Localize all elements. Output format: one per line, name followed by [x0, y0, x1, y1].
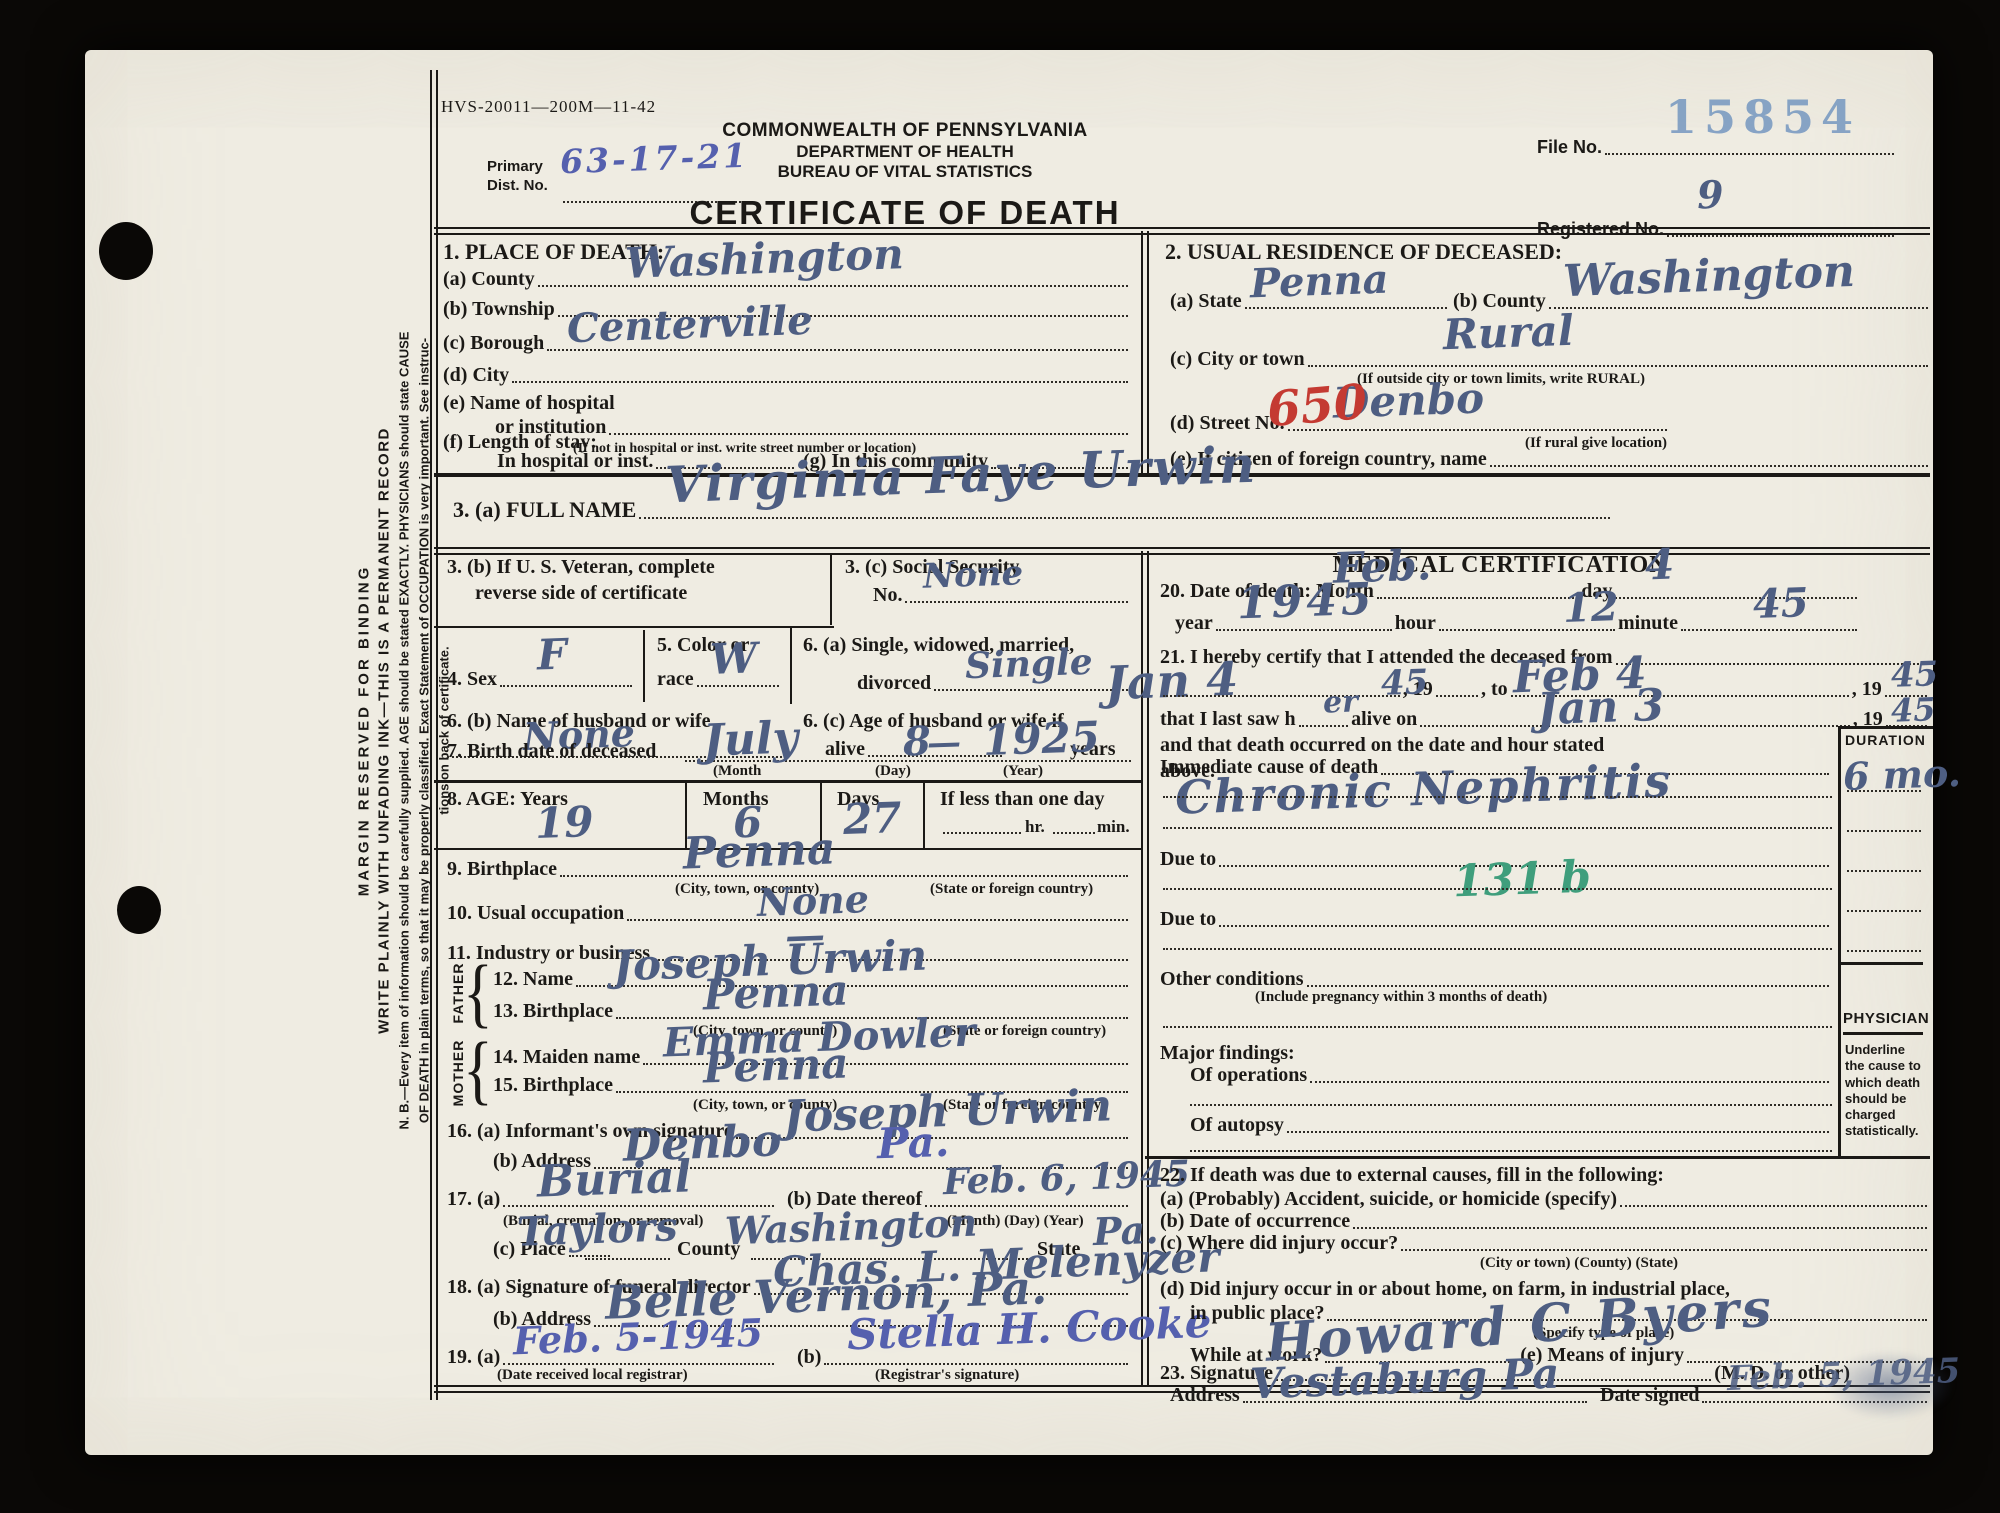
- where-injury-label: (c) Where did injury occur?: [1160, 1232, 1398, 1254]
- autopsy-row: Of autopsy: [1190, 1114, 1832, 1136]
- dod-hour-value: 12: [1562, 587, 1619, 629]
- pod-stay-inst-label: In hospital or inst.: [497, 450, 653, 472]
- registrar-b-label: (b): [797, 1346, 821, 1368]
- other-row: Other conditions: [1160, 968, 1832, 990]
- dod-day-value: 4: [1644, 544, 1675, 587]
- res-state-value: Penna: [1249, 260, 1389, 305]
- informant-addr-state: Pa.: [876, 1121, 950, 1165]
- veteran-label-2: reverse side of certificate: [475, 582, 687, 604]
- file-no-label: File No.: [1537, 138, 1602, 158]
- duration-line-5: [1847, 948, 1921, 952]
- min-label: min.: [1097, 818, 1130, 837]
- cap-month: (Month: [713, 764, 761, 779]
- certificate-title: CERTIFICATE OF DEATH: [645, 194, 1165, 232]
- pod-city-row: (d) City: [443, 364, 1131, 386]
- registered-no-row: Registered No.: [1537, 220, 1897, 240]
- where-injury-caption: (City or town) (County) (State): [1480, 1256, 1678, 1271]
- lastsaw-er-value: er: [1322, 687, 1358, 718]
- due2-label: Due to: [1160, 908, 1216, 930]
- dotted-line: [1681, 627, 1857, 631]
- physician-note: Underline the cause to which death shoul…: [1845, 1042, 1925, 1140]
- physician-address-label: Address: [1170, 1384, 1240, 1406]
- occupation-label: 10. Usual occupation: [447, 902, 624, 924]
- to-label: , to: [1481, 678, 1508, 700]
- hole-punch-top: [99, 222, 153, 280]
- duration-line-4: [1847, 908, 1921, 912]
- other-caption: (Include pregnancy within 3 months of de…: [1255, 990, 1547, 1005]
- dotted-line: [627, 917, 1128, 921]
- yr19-b-label: , 19: [1852, 678, 1882, 700]
- primary-dist-label: Primary Dist. No.: [487, 158, 548, 196]
- dotted-line: [697, 683, 779, 687]
- attended-from-year: 45: [1380, 665, 1428, 701]
- agency-line-1: COMMONWEALTH OF PENNSYLVANIA: [645, 120, 1165, 142]
- mother-brace: {: [463, 1026, 493, 1115]
- age-table-top-rule: [434, 780, 1141, 783]
- dod-minute-value: 45: [1752, 583, 1809, 625]
- dotted-line: [512, 379, 1128, 383]
- paper-sheet: MARGIN RESERVED FOR BINDING WRITE PLAINL…: [85, 50, 1933, 1455]
- registrar-caption: (Registrar's signature): [875, 1368, 1019, 1383]
- burial-place-value: Taylors: [516, 1207, 678, 1253]
- where-injury-row: (c) Where did injury occur?: [1160, 1232, 1930, 1254]
- agency-line-2: DEPARTMENT OF HEALTH: [645, 142, 1165, 162]
- dotted-line: [1490, 463, 1928, 467]
- accident-label: (a) (Probably) Accident, suicide, or hom…: [1160, 1188, 1617, 1210]
- dotted-line: [824, 1361, 1128, 1365]
- duration-line-3: [1847, 868, 1921, 872]
- dotted-line: [1308, 363, 1928, 367]
- ink-smudge: [1825, 1350, 1955, 1420]
- green-code-value: 131 b: [1452, 856, 1591, 905]
- dotted-line: [1377, 595, 1578, 599]
- autopsy-label: Of autopsy: [1190, 1114, 1284, 1136]
- pod-borough-value: Centerville: [566, 301, 813, 350]
- birthplace-cap-state: (State or foreign country): [930, 882, 1093, 897]
- dotted-line: [639, 515, 1610, 519]
- veteran-row-rule: [434, 626, 834, 628]
- sex-label: 4. Sex: [447, 668, 497, 690]
- burial-value: Burial: [536, 1155, 692, 1204]
- physician-label: PHYSICIAN: [1843, 1010, 1929, 1027]
- autopsy-line: [1190, 1148, 1832, 1152]
- minute-label: minute: [1618, 612, 1678, 634]
- burial-label: 17. (a): [447, 1188, 500, 1210]
- hr-line: [943, 810, 1021, 834]
- due1-label: Due to: [1160, 848, 1216, 870]
- birthplace-value: Penna: [682, 827, 836, 876]
- dotted-line: [1401, 1247, 1927, 1251]
- birth-month-value: July: [702, 716, 799, 763]
- lastsaw-date-value: Jan 3: [1536, 684, 1665, 732]
- dotted-line: [1163, 693, 1400, 697]
- dotted-line: [609, 431, 1128, 435]
- dotted-line: [1219, 923, 1829, 927]
- duration-bottom-rule: [1841, 962, 1923, 965]
- sex-value: F: [536, 633, 567, 676]
- hr-label: hr.: [1025, 818, 1045, 837]
- lastsaw-label-1: that I last saw h: [1160, 708, 1296, 730]
- father-bp-value: Penna: [702, 969, 849, 1016]
- dotted-line: [905, 599, 1128, 603]
- lastsaw-label-2: alive on: [1351, 708, 1417, 730]
- received-label: 19. (a): [447, 1346, 500, 1368]
- scanned-death-certificate: MARGIN RESERVED FOR BINDING WRITE PLAINL…: [0, 0, 2000, 1513]
- dotted-line: [1287, 1129, 1829, 1133]
- pod-hospital-label-1: (e) Name of hospital: [443, 392, 615, 414]
- duration-line-2: [1847, 828, 1921, 832]
- dotted-line: [1436, 693, 1478, 697]
- veteran-ssn-divider: [830, 553, 832, 625]
- full-name-row: 3. (a) FULL NAME: [453, 498, 1613, 522]
- agency-line-3: BUREAU OF VITAL STATISTICS: [645, 162, 1165, 182]
- marital-value: Single: [964, 644, 1093, 684]
- res-county-value: Washington: [1562, 250, 1855, 304]
- father-name-label: 12. Name: [493, 968, 573, 990]
- occurrence-row: (b) Date of occurrence: [1160, 1210, 1930, 1232]
- duration-label: DURATION: [1845, 732, 1926, 748]
- attended-to-year: 45: [1890, 657, 1938, 693]
- section1-2-divider: [1141, 231, 1149, 473]
- pod-borough-label: (c) Borough: [443, 332, 544, 354]
- less-than-day-label: If less than one day: [940, 788, 1104, 810]
- pod-township-label: (b) Township: [443, 298, 555, 320]
- pod-county-value: Washington: [624, 233, 904, 285]
- min-line: [1053, 810, 1095, 834]
- birthdate-label: 7. Birth date of deceased: [447, 740, 656, 762]
- medical-heading: MEDICAL CERTIFICATION: [1160, 552, 1840, 578]
- death-occurred-label: and that death occurred on the date and …: [1160, 734, 1604, 756]
- form-left-border: [430, 70, 438, 1400]
- registered-no-value: 9: [1696, 176, 1724, 215]
- race-value: W: [709, 637, 758, 681]
- margin-line-2: WRITE PLAINLY WITH UNFADING INK—THIS IS …: [375, 81, 395, 1381]
- mother-bp-value: Penna: [702, 1042, 849, 1089]
- occurrence-label: (b) Date of occurrence: [1160, 1210, 1350, 1232]
- dotted-line: [1616, 661, 1927, 665]
- registered-no-label: Registered No.: [1537, 220, 1664, 240]
- hole-punch-bottom: [117, 886, 161, 934]
- burial-date-value: Feb. 6, 1945: [942, 1156, 1190, 1201]
- dist-no-label: Dist. No.: [487, 177, 548, 196]
- hour-label: hour: [1395, 612, 1436, 634]
- cause-line-2: [1163, 825, 1832, 829]
- pod-county-label: (a) County: [443, 268, 535, 290]
- marital-label-2: divorced: [857, 672, 931, 694]
- birthplace-label: 9. Birthplace: [447, 858, 557, 880]
- dotted-line: [1605, 151, 1894, 155]
- dotted-line: [1299, 723, 1349, 727]
- duration-line-1: [1847, 788, 1921, 792]
- margin-line-1: MARGIN RESERVED FOR BINDING: [355, 81, 375, 1381]
- age-days-value: 27: [842, 797, 902, 841]
- res-city-value: Rural: [1442, 310, 1574, 357]
- due2-row: Due to: [1160, 908, 1832, 930]
- full-name-label: 3. (a) FULL NAME: [453, 498, 636, 522]
- dotted-line: [934, 687, 1128, 691]
- margin-line-3: N. B.—Every item of information should b…: [395, 81, 415, 1381]
- agency-block: COMMONWEALTH OF PENNSYLVANIA DEPARTMENT …: [645, 120, 1165, 232]
- section22-top-rule: [1145, 1156, 1930, 1159]
- other-conditions-label: Other conditions: [1160, 968, 1304, 990]
- red-code-650: 650: [1265, 378, 1369, 435]
- age-years-value: 19: [534, 801, 594, 845]
- other-line: [1163, 1024, 1832, 1028]
- birth-day-value: 8: [902, 722, 931, 763]
- external-causes-label: 22. If death was due to external causes,…: [1160, 1164, 1664, 1186]
- operations-label: Of operations: [1190, 1064, 1307, 1086]
- major-findings-label: Major findings:: [1160, 1042, 1295, 1064]
- mother-name-label: 14. Maiden name: [493, 1046, 640, 1068]
- cause-line-1: [1163, 794, 1832, 798]
- accident-row: (a) (Probably) Accident, suicide, or hom…: [1160, 1188, 1930, 1210]
- father-brace: {: [463, 949, 493, 1038]
- cap-day: (Day): [875, 764, 911, 779]
- physician-address-value: Vestaburg Pa: [1249, 1353, 1560, 1406]
- due1-line: [1163, 886, 1832, 890]
- physician-rule: [1843, 1032, 1923, 1035]
- date-signed-label: Date signed: [1600, 1384, 1699, 1406]
- file-no-stamp: 15854: [1665, 90, 1860, 144]
- mother-bp-label: 15. Birthplace: [493, 1074, 613, 1096]
- year-label: year: [1175, 612, 1213, 634]
- age-days-divider: [923, 783, 925, 848]
- dotted-line: [500, 683, 632, 687]
- res-city-label: (c) City or town: [1170, 348, 1305, 370]
- dod-year-value: 1945: [1236, 578, 1376, 627]
- res-state-label: (a) State: [1170, 290, 1242, 312]
- veteran-label-1: 3. (b) If U. S. Veteran, complete: [447, 556, 715, 578]
- father-bp-label: 13. Birthplace: [493, 1000, 613, 1022]
- operations-row: Of operations: [1190, 1064, 1832, 1086]
- dotted-line: [1667, 233, 1894, 237]
- ssn-label-2: No.: [873, 584, 902, 606]
- received-date-value: Feb. 5-1945: [512, 1314, 763, 1361]
- cap-year: (Year): [1003, 764, 1043, 779]
- dotted-line: [1310, 1079, 1829, 1083]
- operations-line: [1190, 1102, 1832, 1106]
- registrar-value: Stella H. Cooke: [846, 1302, 1212, 1357]
- dotted-line: [1620, 1203, 1927, 1207]
- dotted-line: [1307, 983, 1829, 987]
- sex-race-divider: [643, 630, 645, 702]
- dotted-line: [1615, 595, 1857, 599]
- pod-city-label: (d) City: [443, 364, 509, 386]
- due2-line: [1163, 946, 1832, 950]
- birth-year-value: 1925: [982, 716, 1100, 762]
- ssn-value: None: [922, 556, 1023, 593]
- race-label-2: race: [657, 668, 694, 690]
- received-caption: (Date received local registrar): [497, 1368, 688, 1383]
- race-marital-divider: [790, 626, 792, 704]
- lastsaw-year-value: 45: [1890, 693, 1936, 727]
- dotted-line: [1353, 1225, 1927, 1229]
- form-code: HVS-20011—200M—11-42: [441, 98, 656, 117]
- primary-label: Primary: [487, 158, 548, 177]
- res-citizen-row: (e) If citizen of foreign country, name: [1170, 448, 1931, 470]
